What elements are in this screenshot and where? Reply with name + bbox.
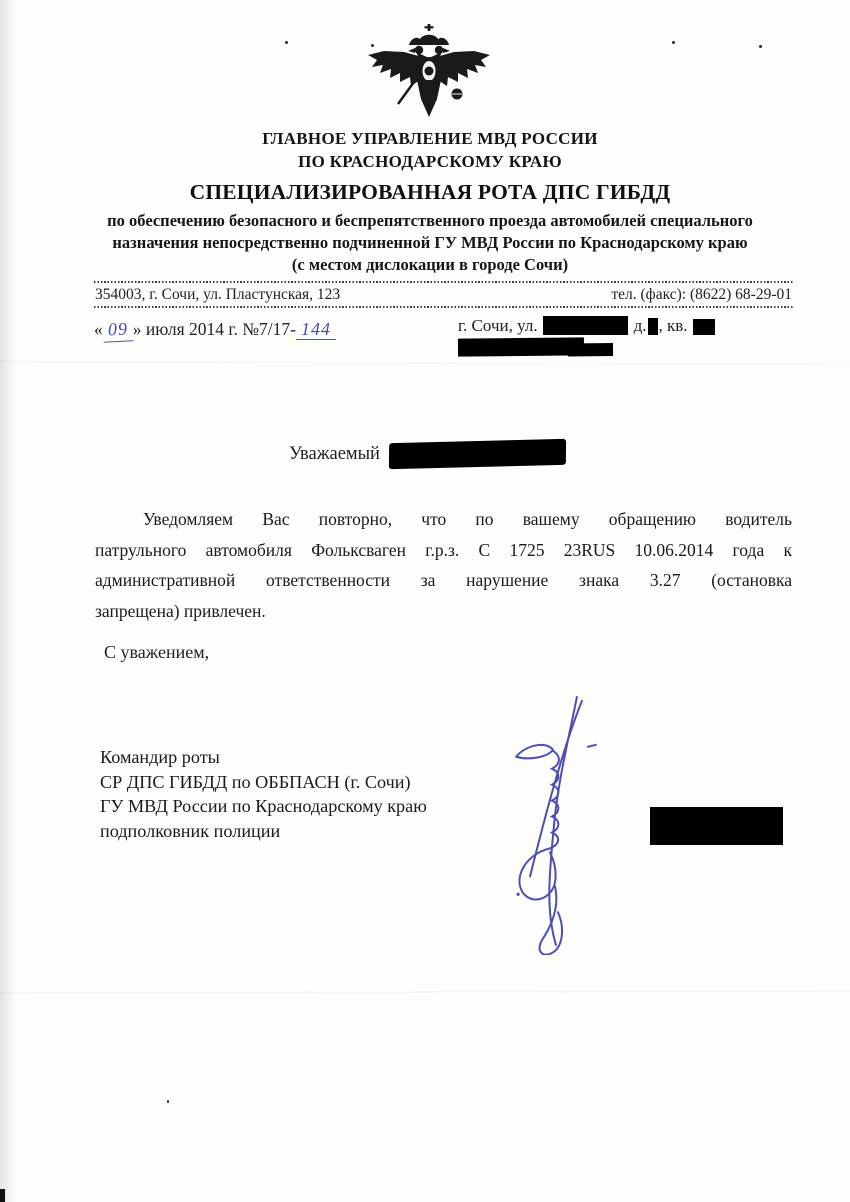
- redaction-street: [543, 316, 628, 335]
- recipient-flat-label: , кв.: [659, 316, 688, 335]
- signer-title-line: подполковник полиции: [100, 819, 427, 844]
- scan-speck: [672, 41, 675, 44]
- dotted-separator-top: [94, 281, 793, 283]
- org-name-line2: ПО КРАСНОДАРСКОМУ КРАЮ: [65, 151, 795, 174]
- handwritten-outgoing-number: 144: [296, 319, 336, 340]
- signer-title-line: СР ДПС ГИБДД по ОББПАСН (г. Сочи): [100, 770, 427, 795]
- scan-corner-mark: [0, 1189, 5, 1202]
- redaction-house-number: [648, 318, 658, 335]
- letterhead: ГЛАВНОЕ УПРАВЛЕНИЕ МВД РОССИИ ПО КРАСНОД…: [65, 128, 795, 276]
- body-line: Уведомляем Вас повторно, что по вашему о…: [95, 504, 792, 535]
- unit-description-line2: назначения непосредственно подчиненной Г…: [65, 232, 795, 254]
- scan-speck: [285, 41, 288, 44]
- body-paragraph: Уведомляем Вас повторно, что по вашему о…: [95, 504, 792, 626]
- unit-description-line3: (с местом дислокации в городе Сочи): [65, 254, 795, 276]
- redaction-recipient-line2-bump: [568, 343, 613, 356]
- paper-crease: [0, 361, 850, 366]
- salutation-word: Уважаемый: [289, 444, 380, 464]
- unit-title: СПЕЦИАЛИЗИРОВАННАЯ РОТА ДПС ГИБДД: [65, 180, 795, 205]
- recipient-address-block: г. Сочи, ул.д., кв.: [458, 315, 715, 356]
- recipient-city-street-label: г. Сочи, ул.: [458, 316, 538, 335]
- scan-speck: [167, 1100, 169, 1103]
- closing-regards: С уважением,: [104, 642, 209, 663]
- recipient-line1: г. Сочи, ул.д., кв.: [458, 315, 715, 336]
- quote-open: «: [94, 319, 103, 339]
- contact-row: 354003, г. Сочи, ул. Пластунская, 123 те…: [95, 285, 792, 304]
- redaction-recipient-line2: [458, 337, 584, 356]
- scan-speck: [759, 45, 762, 48]
- recipient-house-label: д.: [634, 316, 647, 335]
- date-and-number-line: «09» июля 2014 г. №7/17-144: [94, 317, 336, 342]
- body-line: административной ответственности за нару…: [95, 565, 792, 596]
- redaction-recipient-name: [389, 439, 566, 469]
- redaction-signer-name: [650, 807, 783, 845]
- quote-close: »: [133, 319, 142, 339]
- body-line: патрульного автомобиля Фольксваген г.р.з…: [95, 535, 792, 566]
- postal-address: 354003, г. Сочи, ул. Пластунская, 123: [95, 285, 340, 304]
- signer-title-block: Командир роты СР ДПС ГИБДД по ОББПАСН (г…: [100, 745, 427, 843]
- org-name-line1: ГЛАВНОЕ УПРАВЛЕНИЕ МВД РОССИИ: [65, 128, 795, 151]
- redaction-flat-number: [693, 319, 715, 335]
- scanned-letter-page: ГЛАВНОЕ УПРАВЛЕНИЕ МВД РОССИИ ПО КРАСНОД…: [0, 0, 850, 1202]
- scan-edge-shadow: [0, 0, 16, 1202]
- signer-title-line: ГУ МВД России по Краснодарскому краю: [100, 794, 427, 819]
- unit-description-line1: по обеспечению безопасного и беспрепятст…: [65, 210, 795, 232]
- body-line: запрещена) привлечен.: [95, 596, 792, 627]
- phone-fax: тел. (факс): (8622) 68-29-01: [611, 285, 792, 304]
- signer-title-line: Командир роты: [100, 745, 427, 770]
- paper-crease: [0, 990, 850, 994]
- handwritten-day: 09: [102, 316, 133, 343]
- salutation-line: Уважаемый: [289, 441, 566, 467]
- date-middle-text: июля 2014 г. №7/17-: [142, 319, 297, 339]
- mvd-eagle-emblem-icon: [363, 24, 495, 124]
- dotted-separator-bottom: [94, 306, 793, 308]
- handwritten-signature: [500, 691, 600, 955]
